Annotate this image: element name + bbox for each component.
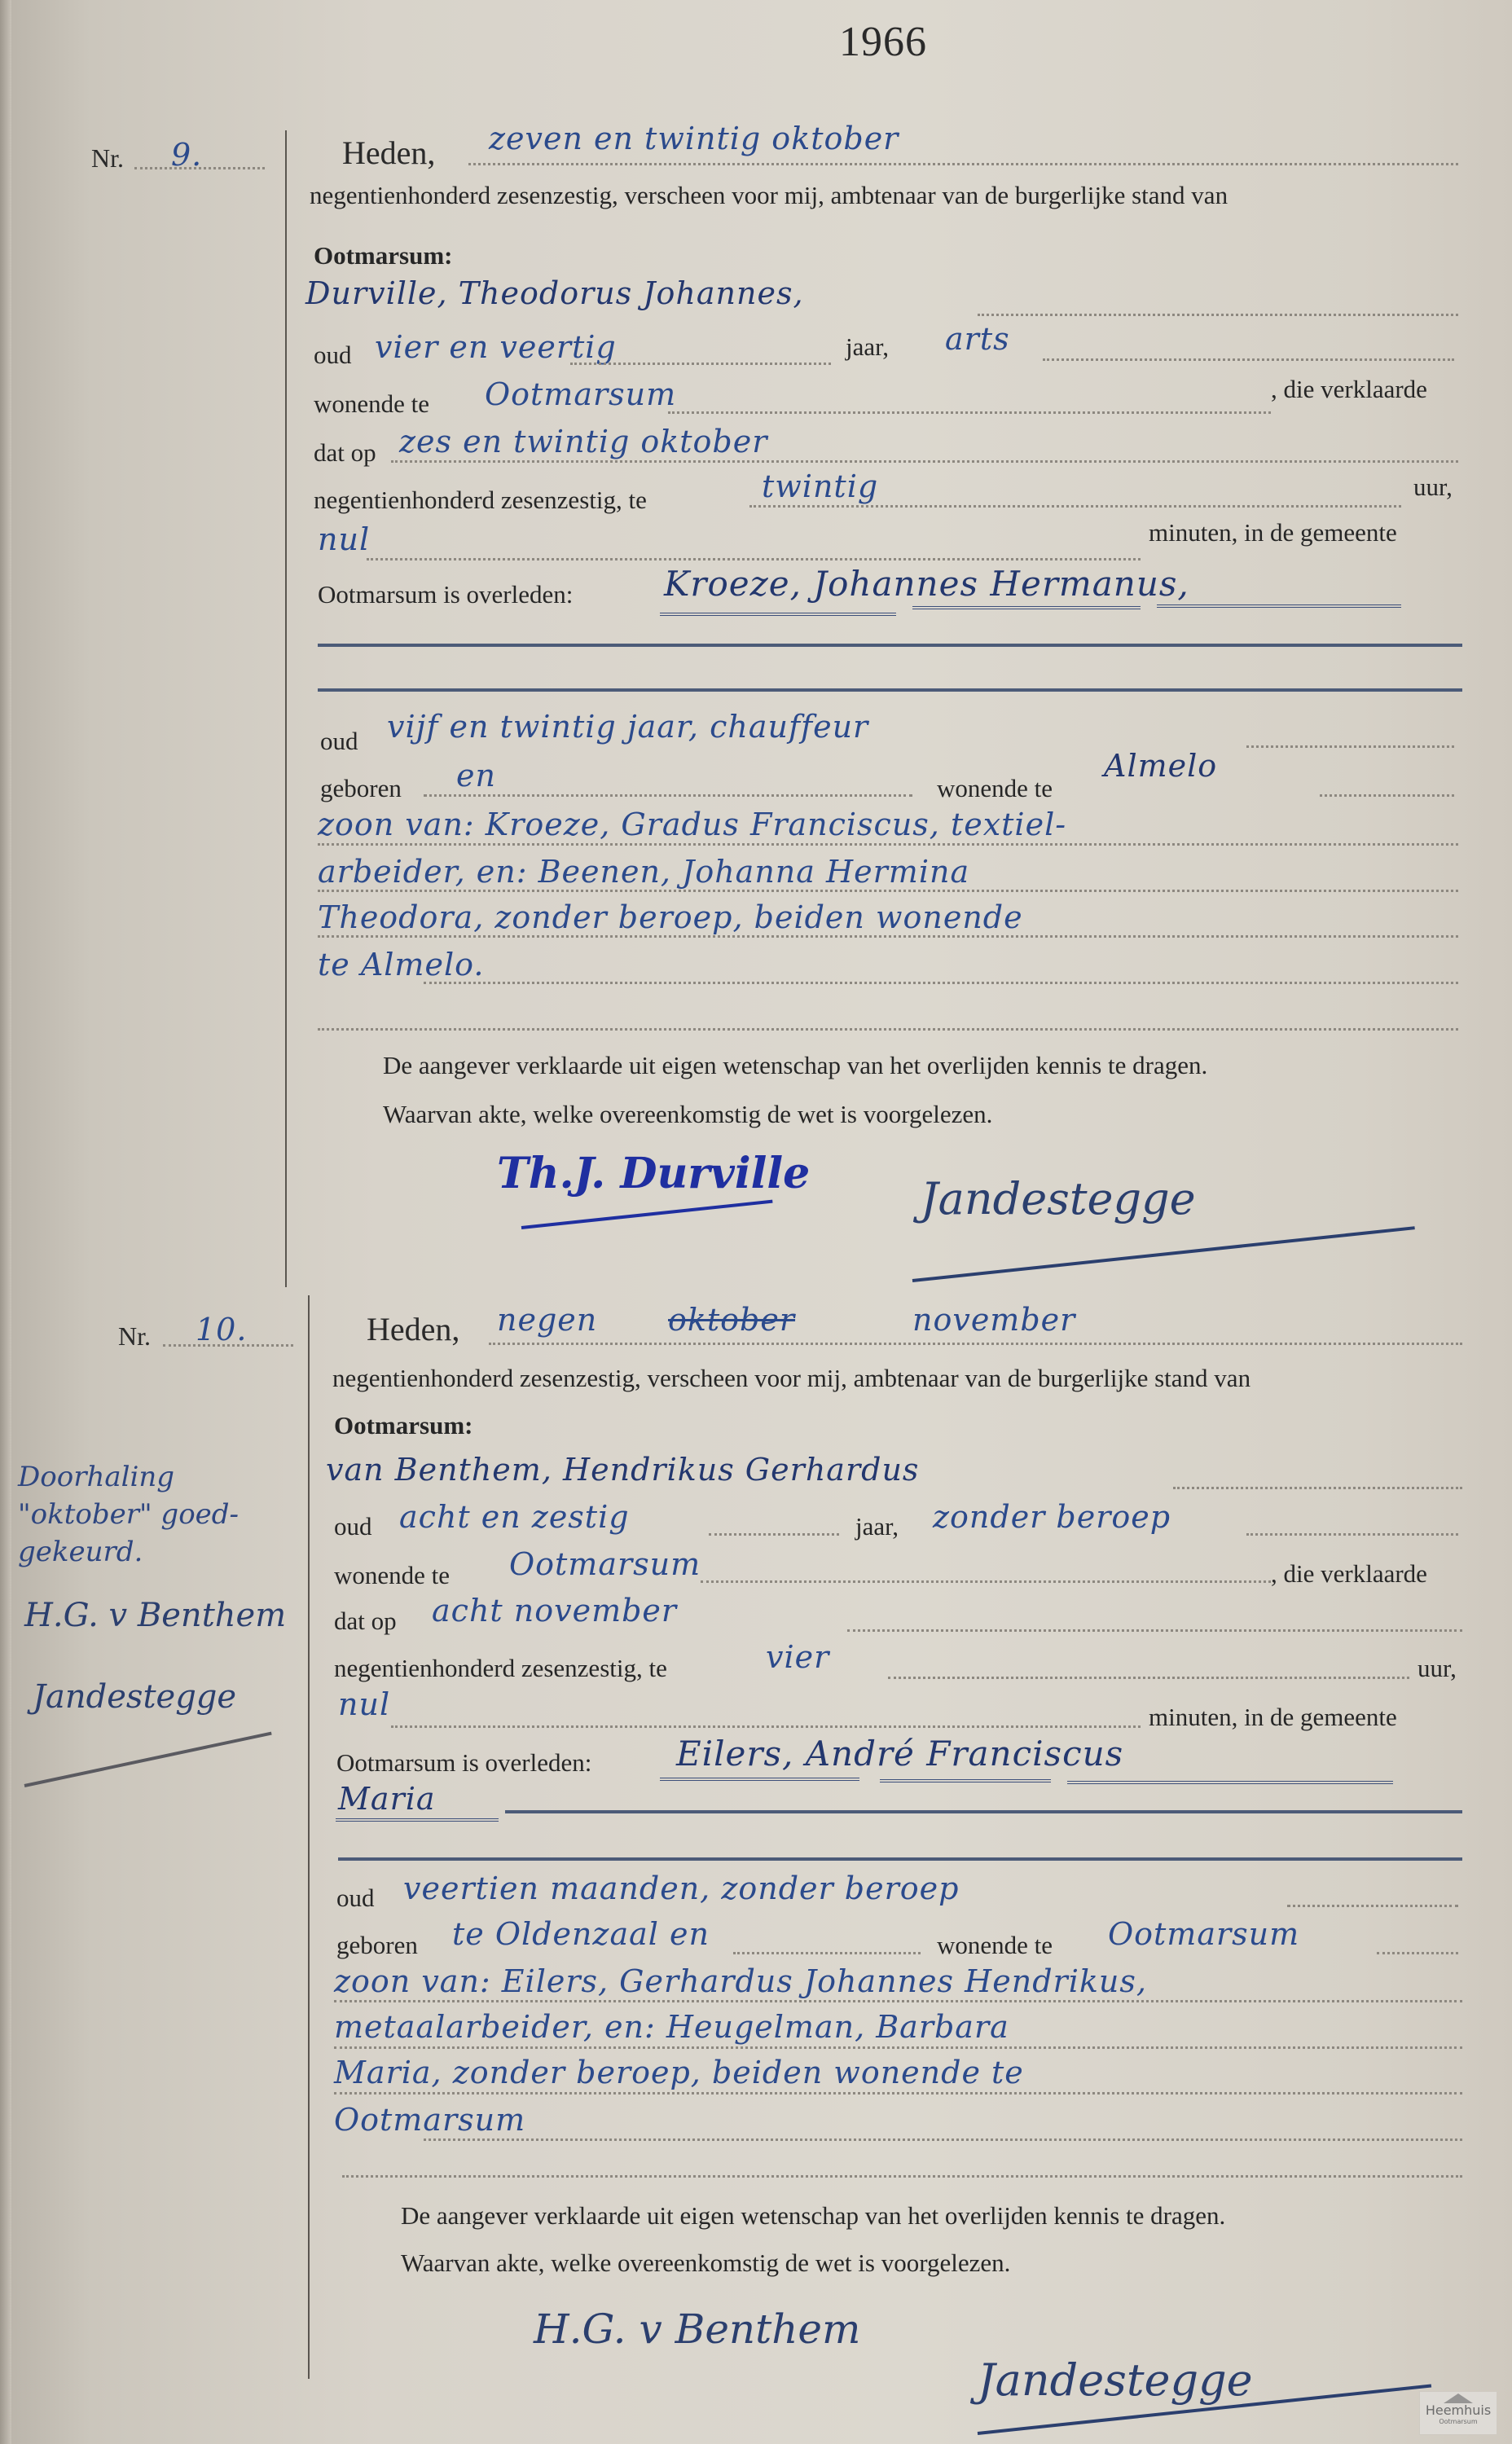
parents-line: te Almelo.	[318, 947, 484, 982]
filler-rule	[318, 688, 1462, 692]
dotted-line	[342, 2175, 1462, 2178]
dotted-line	[1246, 745, 1454, 748]
closing-line-1: De aangever verklaarde uit eigen wetensc…	[401, 2201, 1225, 2231]
year-line-label: negentienhonderd zesenzestig, te	[334, 1654, 667, 1683]
wonende-label: wonende te	[334, 1561, 450, 1590]
dotted-line	[847, 1629, 1462, 1632]
parents-line: Theodora, zonder beroep, beiden wonende	[318, 899, 1023, 935]
margin-signature-underline	[24, 1732, 272, 1787]
dotted-line	[424, 794, 912, 797]
geboren-label: geboren	[320, 774, 402, 803]
watermark-subtitle: Ootmarsum	[1420, 2418, 1497, 2425]
signature-underline	[912, 1226, 1415, 1282]
declarant-age: acht en zestig	[399, 1499, 630, 1535]
dotted-line	[701, 1580, 1271, 1583]
death-minutes: nul	[338, 1686, 390, 1722]
declarant-age: vier en veertig	[375, 329, 617, 365]
year-line-label: negentienhonderd zesenzestig, te	[314, 486, 647, 515]
declarant-name: van Benthem, Hendrikus Gerhardus	[326, 1452, 919, 1488]
minuten-label: minuten, in de gemeente	[1149, 1703, 1397, 1732]
dotted-line	[749, 505, 1401, 508]
deceased-name-underline	[880, 1779, 1051, 1782]
dat-op-label: dat op	[314, 438, 376, 468]
deceased-name-underline	[660, 1778, 859, 1781]
dotted-line	[1377, 1952, 1458, 1954]
deceased-name: Kroeze, Johannes Hermanus,	[664, 564, 1189, 604]
filler-rule	[318, 644, 1462, 647]
dotted-line	[391, 1725, 1141, 1728]
death-date: acht november	[432, 1593, 677, 1629]
deceased-residence: Ootmarsum	[1108, 1916, 1299, 1952]
die-verklaarde-label: , die verklaarde	[1271, 375, 1427, 404]
page-year: 1966	[839, 18, 927, 66]
signature-declarant: H.G. v Benthem	[534, 2306, 860, 2353]
birthplace: te Oldenzaal en	[452, 1916, 710, 1952]
dotted-line	[318, 843, 1458, 846]
dotted-line	[709, 1533, 839, 1536]
municipality-label: Ootmarsum:	[334, 1411, 472, 1440]
heden-label: Heden,	[367, 1310, 459, 1348]
death-hour: vier	[766, 1639, 829, 1675]
page-edge	[0, 0, 11, 2444]
dotted-line	[367, 558, 1141, 560]
margin-rule-record-9	[285, 130, 287, 1287]
deceased-name-underline	[660, 613, 896, 616]
declarant-name: Durville, Theodorus Johannes,	[305, 275, 804, 311]
uur-label: uur,	[1417, 1654, 1457, 1683]
signature-declarant: Th.J. Durville	[497, 1149, 810, 1198]
dotted-line	[318, 935, 1458, 938]
dotted-line	[391, 460, 1458, 463]
declarant-occupation: arts	[945, 321, 1010, 357]
deceased-age-occupation: vijf en twintig jaar, chauffeur	[387, 709, 868, 745]
minuten-label: minuten, in de gemeente	[1149, 518, 1397, 547]
death-date: zes en twintig oktober	[399, 424, 767, 459]
dotted-line	[1287, 1905, 1458, 1907]
parents-line: arbeider, en: Beenen, Johanna Hermina	[318, 854, 969, 890]
deceased-name-underline	[1067, 1781, 1393, 1784]
record-number: 10.	[196, 1312, 247, 1347]
dotted-line	[733, 1952, 921, 1954]
record-number-label: Nr.	[91, 143, 124, 174]
dotted-line	[318, 890, 1458, 892]
dotted-line	[1043, 358, 1454, 361]
parents-line: metaalarbeider, en: Heugelman, Barbara	[334, 2009, 1009, 2045]
oud-label: oud	[320, 727, 358, 756]
dotted-line	[334, 2046, 1462, 2049]
closing-line-2: Waarvan akte, welke overeenkomstig de we…	[383, 1100, 992, 1129]
declarant-residence: Ootmarsum	[509, 1546, 701, 1582]
filler-rule	[505, 1810, 1462, 1813]
date-written: negen	[497, 1302, 597, 1338]
die-verklaarde-label: , die verklaarde	[1271, 1559, 1427, 1589]
birthplace: en	[456, 758, 496, 793]
geboren-label: geboren	[336, 1931, 418, 1960]
wonende-label: wonende te	[314, 389, 429, 419]
jaar-label: jaar,	[855, 1512, 899, 1541]
signature-underline	[521, 1200, 773, 1229]
watermark-title: Heemhuis	[1420, 2403, 1497, 2418]
heden-label: Heden,	[342, 134, 435, 172]
death-minutes: nul	[318, 521, 370, 557]
dotted-line	[334, 2092, 1462, 2095]
signature-registrar: Jandestegge	[921, 1173, 1196, 1224]
filler-rule	[338, 1857, 1462, 1861]
dotted-line	[134, 167, 265, 169]
oud-label: oud	[336, 1884, 375, 1913]
dat-op-label: dat op	[334, 1607, 397, 1636]
jaar-label: jaar,	[846, 332, 889, 362]
dotted-line	[334, 2000, 1462, 2002]
uur-label: uur,	[1413, 473, 1453, 502]
dotted-line	[424, 2138, 1462, 2141]
intro-line: negentienhonderd zesenzestig, verscheen …	[310, 181, 1228, 210]
parents-line: zoon van: Kroeze, Gradus Franciscus, tex…	[318, 807, 1066, 842]
oud-label: oud	[334, 1512, 372, 1541]
wonende-te-label: wonende te	[937, 1931, 1053, 1960]
margin-signature-declarant: H.G. v Benthem	[24, 1597, 286, 1634]
deceased-name-underline	[1157, 604, 1401, 608]
record-number-label: Nr.	[118, 1321, 151, 1352]
closing-line-2: Waarvan akte, welke overeenkomstig de we…	[401, 2248, 1010, 2278]
deceased-name: Eilers, André Franciscus	[676, 1734, 1123, 1774]
wonende-te-label: wonende te	[937, 774, 1053, 803]
closing-line-1: De aangever verklaarde uit eigen wetensc…	[383, 1051, 1207, 1080]
dotted-line	[570, 363, 831, 365]
dotted-line	[668, 411, 1271, 414]
house-roof-icon	[1444, 2393, 1473, 2403]
dotted-line	[888, 1677, 1409, 1679]
deceased-name-underline	[912, 606, 1141, 609]
parents-line: zoon van: Eilers, Gerhardus Johannes Hen…	[334, 1963, 1147, 1999]
heemhuis-watermark: Heemhuis Ootmarsum	[1419, 2391, 1497, 2435]
death-hour: twintig	[762, 468, 878, 504]
declarant-occupation: zonder beroep	[933, 1499, 1171, 1535]
dotted-line	[489, 1343, 1462, 1345]
declarant-residence: Ootmarsum	[485, 376, 676, 412]
oud-label: oud	[314, 341, 352, 370]
dotted-line	[1246, 1533, 1458, 1536]
margin-signature-registrar: Jandestegge	[33, 1678, 236, 1716]
parents-line: Ootmarsum	[334, 2102, 525, 2138]
date-written-after: november	[912, 1302, 1075, 1338]
overleden-label: Ootmarsum is overleden:	[336, 1748, 591, 1778]
dotted-line	[318, 1028, 1458, 1031]
date-struck: oktober	[668, 1302, 795, 1338]
intro-line: negentienhonderd zesenzestig, verscheen …	[332, 1364, 1250, 1393]
dotted-line	[978, 314, 1458, 316]
margin-rule-record-10	[308, 1295, 310, 2379]
dotted-line	[468, 163, 1458, 165]
deceased-residence: Almelo	[1104, 748, 1217, 784]
deceased-name-underline	[336, 1818, 499, 1822]
deceased-name-continued: Maria	[338, 1781, 436, 1817]
dotted-line	[424, 982, 1458, 984]
date-written: zeven en twintig oktober	[489, 121, 899, 156]
dotted-line	[1173, 1487, 1462, 1489]
dotted-line	[163, 1344, 293, 1347]
dotted-line	[1320, 794, 1454, 797]
parents-line: Maria, zonder beroep, beiden wonende te	[334, 2055, 1024, 2090]
deceased-age-occupation: veertien maanden, zonder beroep	[403, 1870, 959, 1906]
municipality-label: Ootmarsum:	[314, 241, 452, 270]
margin-note-correction: Doorhaling "oktober" goed- gekeurd.	[18, 1458, 239, 1571]
overleden-label: Ootmarsum is overleden:	[318, 580, 573, 609]
signature-registrar: Jandestegge	[978, 2354, 1253, 2406]
